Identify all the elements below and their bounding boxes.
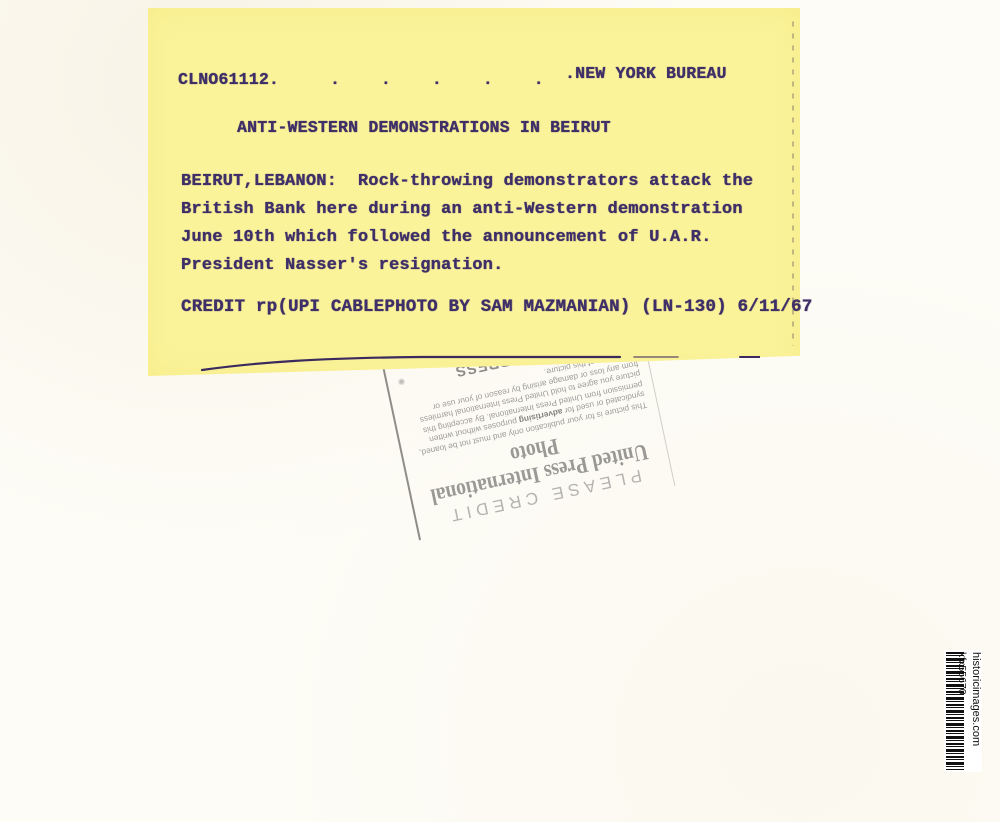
watermark-site: historicimages.com	[970, 652, 982, 746]
caption-body-line: President Nasser's resignation.	[181, 252, 753, 280]
caption-body-line: British Bank here during an anti-Western…	[181, 196, 753, 224]
caption-slug: CLNO61112.	[178, 70, 279, 89]
caption-dots: .....	[330, 70, 585, 89]
ink-underline	[200, 354, 760, 374]
caption-body-line: June 10th which followed the announcemen…	[181, 224, 753, 252]
caption-credit: CREDIT rp(UPI CABLEPHOTO BY SAM MAZMANIA…	[181, 297, 812, 317]
watermark-id: kfx55670	[956, 652, 968, 695]
caption-body: BEIRUT,LEBANON: Rock-throwing demonstrat…	[181, 168, 753, 280]
caption-body-line: BEIRUT,LEBANON: Rock-throwing demonstrat…	[181, 168, 753, 196]
caption-bureau: .NEW YORK BUREAU	[565, 64, 727, 83]
caption-headline: ANTI-WESTERN DEMONSTRATIONS IN BEIRUT	[237, 118, 611, 137]
